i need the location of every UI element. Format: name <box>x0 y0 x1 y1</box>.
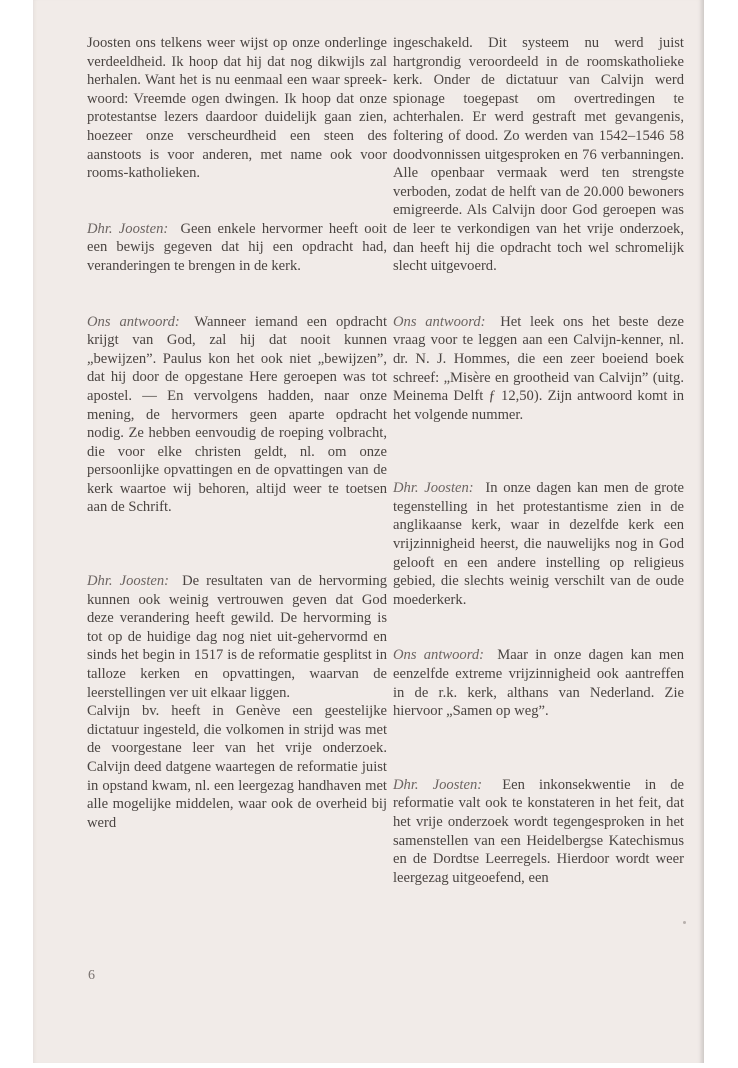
paragraph-text: Calvijn bv. heeft in Genève een geeste­l… <box>87 703 387 831</box>
paragraph-text: In onze dagen kan men de grote tegenstel… <box>393 480 684 608</box>
speaker-label: Dhr. Joosten: <box>393 480 474 496</box>
right-column: ingeschakeld. Dit systeem nu werd juist … <box>393 34 684 887</box>
paragraph-dhr-joosten: Dhr. Joosten: In onze dagen kan men de g… <box>393 479 684 609</box>
speaker-label: Ons antwoord: <box>393 314 486 330</box>
paragraph-text: Een inkonsekwentie in de reformatie valt… <box>393 777 684 886</box>
speaker-label: Dhr. Joosten: <box>87 573 169 589</box>
paragraph-dhr-joosten: Dhr. Joosten: Een inkonsekwentie in de r… <box>393 776 684 888</box>
document-page: Joosten ons telkens weer wijst op onze o… <box>33 0 704 1063</box>
paragraph-text: Wanneer iemand een opdracht krijgt van G… <box>87 314 387 516</box>
page-number: 6 <box>88 968 95 984</box>
paragraph-text: ingeschakeld. Dit systeem nu werd juist … <box>393 35 684 274</box>
speaker-label: Ons antwoord: <box>87 314 180 330</box>
paragraph-text: Het leek ons het beste deze vraag voor t… <box>393 314 684 423</box>
print-speck <box>683 921 686 924</box>
paragraph-text: Joosten ons telkens weer wijst op onze o… <box>87 35 387 181</box>
paragraph-text: De resultaten van de hervorming kunnen o… <box>87 573 387 701</box>
paragraph-continuation: ingeschakeld. Dit systeem nu werd juist … <box>393 34 684 276</box>
paragraph-dhr-joosten: Dhr. Joosten: De resultaten van de hervo… <box>87 572 387 702</box>
paragraph-ons-antwoord: Ons antwoord: Wanneer iemand een opdrach… <box>87 313 387 518</box>
paragraph-continuation: Joosten ons telkens weer wijst op onze o… <box>87 34 387 183</box>
paragraph-ons-antwoord: Ons antwoord: Het leek ons het beste dez… <box>393 313 684 425</box>
left-column: Joosten ons telkens weer wijst op onze o… <box>87 34 387 832</box>
speaker-label: Dhr. Joosten: <box>87 221 168 237</box>
speaker-label: Dhr. Joosten: <box>393 777 482 793</box>
speaker-label: Ons antwoord: <box>393 647 484 663</box>
paragraph-ons-antwoord: Ons antwoord: Maar in onze dagen kan men… <box>393 646 684 720</box>
paragraph-dhr-joosten: Dhr. Joosten: Geen enkele hervormer heef… <box>87 220 387 276</box>
paragraph-calvijn: Calvijn bv. heeft in Genève een geeste­l… <box>87 702 387 832</box>
